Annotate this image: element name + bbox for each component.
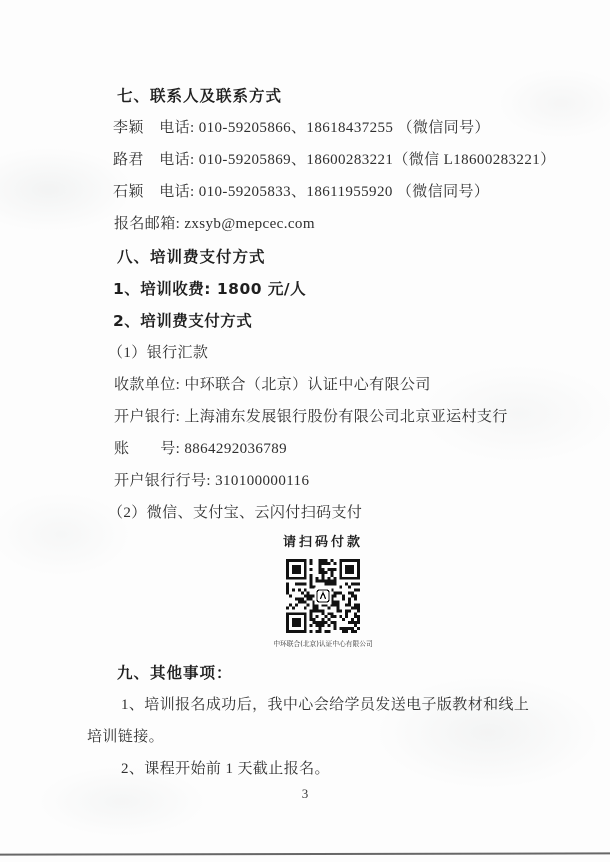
section-heading-other: 九、其他事项： xyxy=(117,663,233,683)
fee-line: 1、培训收费: 1800 元/人 xyxy=(113,279,306,299)
payment-qr-code-icon xyxy=(245,559,401,635)
qr-payment-block: 请扫码付款 中环联合(北京)认证中心有限公司 xyxy=(245,531,401,649)
bank-name-line: 开户银行: 上海浦东发展银行股份有限公司北京亚运村支行 xyxy=(114,407,508,427)
scan-edge-line xyxy=(0,852,610,856)
contact-line-shiying: 石颖 电话: 010-59205833、18611955920 （微信同号） xyxy=(113,182,489,202)
payment-method-line: 2、培训费支付方式 xyxy=(113,311,252,331)
account-number-line: 账 号: 8864292036789 xyxy=(114,439,287,459)
other-item1-line2: 培训链接。 xyxy=(87,727,164,747)
other-item1-line1: 1、培训报名成功后，我中心会给学员发送电子版教材和线上 xyxy=(121,695,529,715)
scanned-document-page: 七、联系人及联系方式 李颖 电话: 010-59205866、186184372… xyxy=(0,0,610,862)
email-line: 报名邮箱: zxsyb@mepcec.com xyxy=(114,214,315,234)
contact-line-lujun: 路君 电话: 010-59205869、18600283221（微信 L1860… xyxy=(113,150,556,170)
other-item2-line: 2、课程开始前 1 天截止报名。 xyxy=(121,759,330,779)
page-number: 3 xyxy=(0,786,610,802)
qr-caption: 中环联合(北京)认证中心有限公司 xyxy=(248,639,398,649)
qr-pay-subheading: （2）微信、支付宝、云闪付扫码支付 xyxy=(108,503,362,523)
qr-title: 请扫码付款 xyxy=(245,531,401,550)
section-heading-contact: 七、联系人及联系方式 xyxy=(117,86,282,106)
payee-line: 收款单位: 中环联合（北京）认证中心有限公司 xyxy=(114,375,431,395)
contact-line-liying: 李颖 电话: 010-59205866、18618437255 （微信同号） xyxy=(113,118,490,138)
bank-transfer-subheading: （1）银行汇款 xyxy=(108,343,208,363)
bank-code-line: 开户银行行号: 310100000116 xyxy=(114,471,309,491)
section-heading-payment: 八、培训费支付方式 xyxy=(117,247,266,267)
